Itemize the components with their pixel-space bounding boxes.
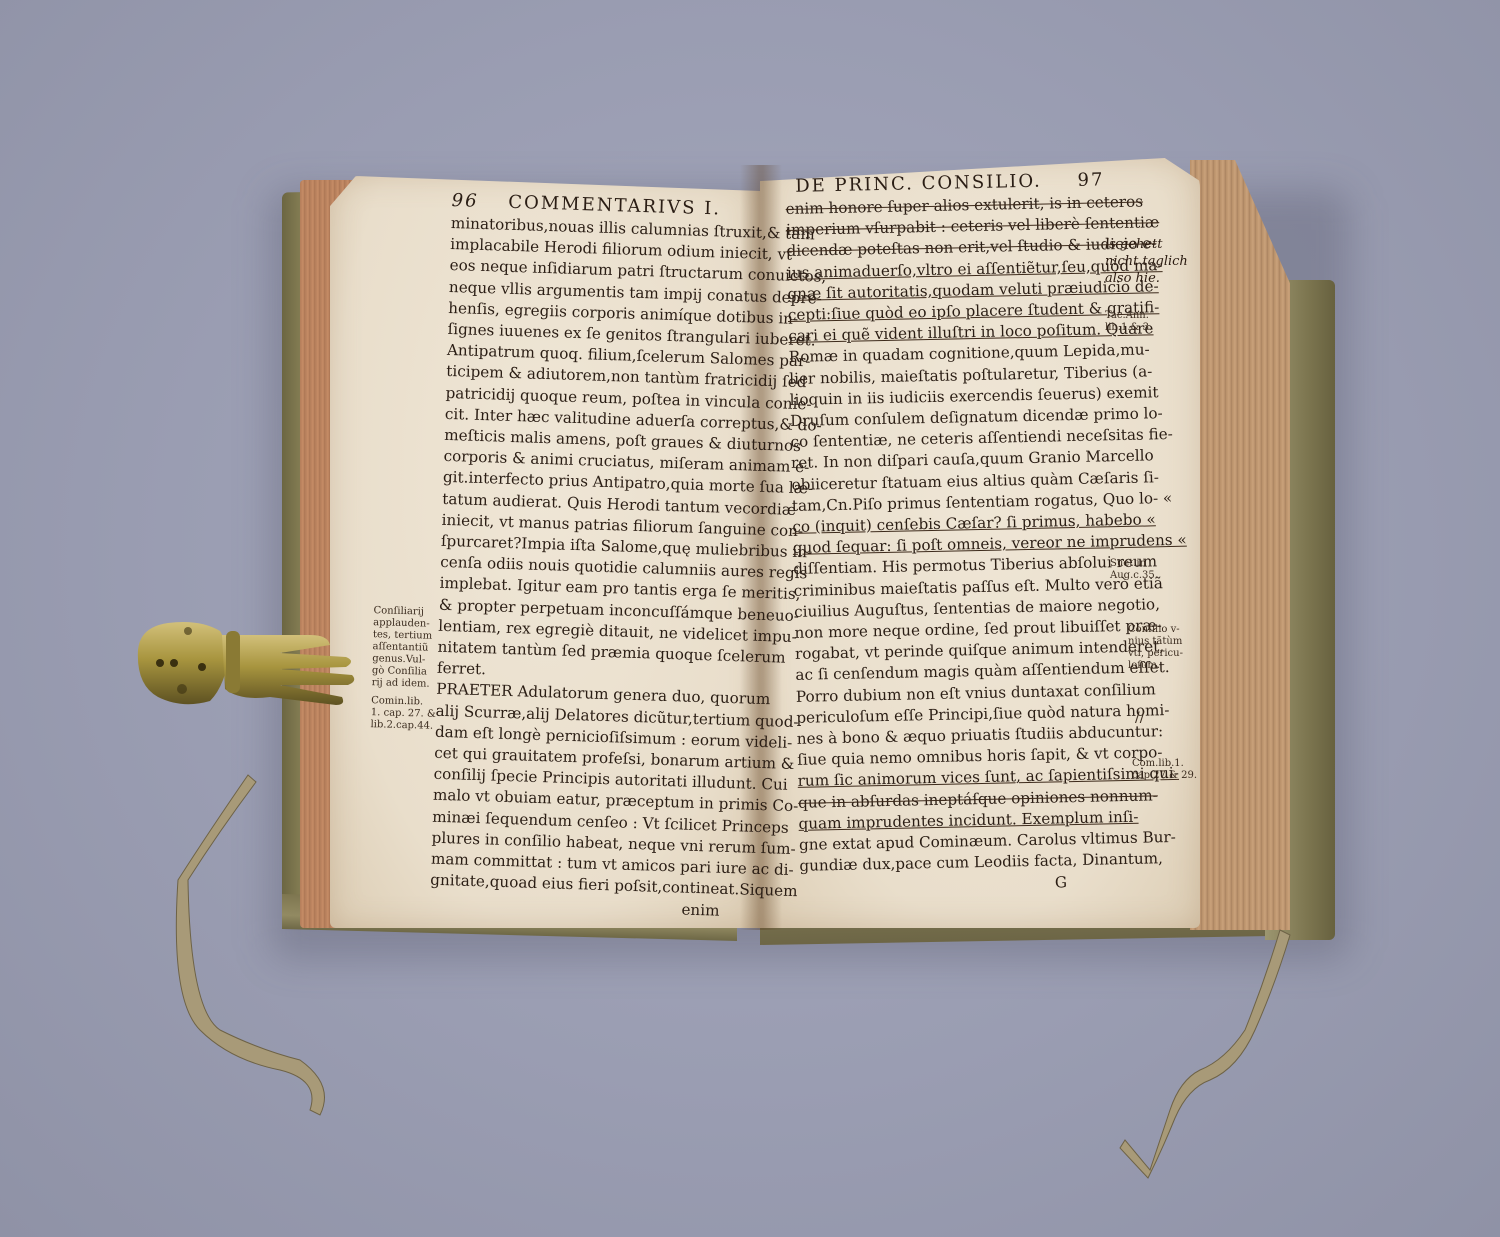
ribbon-bookmarks-icon <box>0 0 1500 1237</box>
